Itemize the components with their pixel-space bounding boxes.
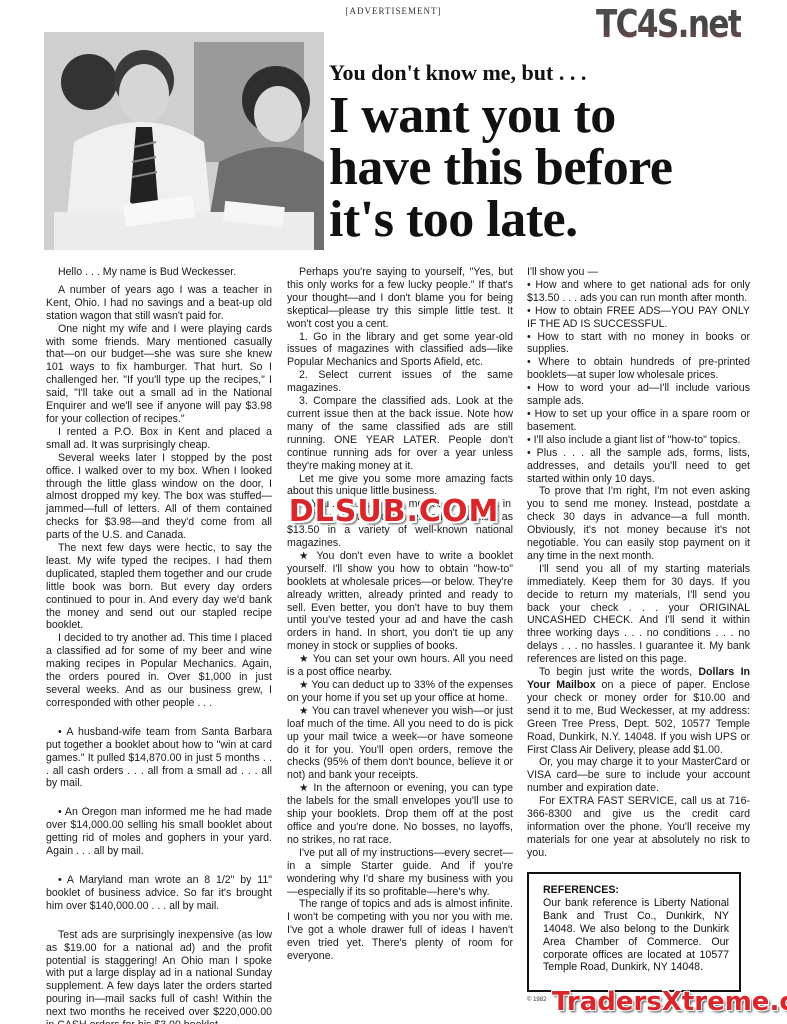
bullet-item: • Plus . . . all the sample ads, forms, … [527,447,750,486]
paragraph: I decided to try another ad. This time I… [46,632,272,709]
order-text: To begin just write the words, [539,666,698,678]
watermark-tradersxtreme: TradersXtreme.com [552,987,787,1017]
star-item: ★ You don't even have to write a booklet… [287,550,513,653]
watermark-tc4s: TC4S.net [596,2,741,46]
copyright: © 1982 [527,997,546,1003]
example-item: • An Oregon man informed me he had made … [46,806,272,858]
step-item: 3. Compare the classified ads. Look at t… [287,395,513,472]
headline: I want you to have this before it's too … [329,90,769,246]
example-item: • A husband-wife team from Santa Barbara… [46,726,272,791]
column-3: I'll show you — • How and where to get n… [527,266,750,860]
example-item: • A Maryland man wrote an 8 1/2" by 11" … [46,874,272,913]
references-text: Our bank reference is Liberty National B… [543,897,729,974]
bullet-item: • I'll also include a giant list of "how… [527,434,750,447]
bullet-item: • How and where to get national ads for … [527,279,750,305]
bullet-item: • How to start with no money in books or… [527,331,750,357]
paragraph: I rented a P.O. Box in Kent and placed a… [46,426,272,452]
paragraph: I'll send you all of my starting materia… [527,563,750,666]
order-instructions: To begin just write the words, Dollars I… [527,666,750,756]
list-intro: I'll show you — [527,266,750,279]
bullet-item: • How to word your ad—I'll include vario… [527,382,750,408]
references-title: REFERENCES: [543,884,739,897]
paragraph: A number of years ago I was a teacher in… [46,284,272,323]
column-1: Hello . . . My name is Bud Weckesser. A … [46,266,272,1024]
paragraph: Perhaps you're saying to yourself, "Yes,… [287,266,513,331]
couple-photo [44,32,324,250]
bullet-item: • Where to obtain hundreds of pre-printe… [527,356,750,382]
paragraph: For EXTRA FAST SERVICE, call us at 716-3… [527,795,750,860]
headline-line-3: it's too late. [329,194,769,246]
step-item: 1. Go in the library and get some year-o… [287,331,513,370]
bullet-item: • How to set up your office in a spare r… [527,408,750,434]
paragraph: The range of topics and ads is almost in… [287,898,513,963]
references-box: REFERENCES: Our bank reference is Libert… [527,872,741,992]
paragraph: The next few days were hectic, to say th… [46,542,272,632]
paragraph: Or, you may charge it to your MasterCard… [527,756,750,795]
star-item: ★ You can deduct up to 33% of the expens… [287,679,513,705]
column-2: Perhaps you're saying to yourself, "Yes,… [287,266,513,963]
closing-paragraph: Test ads are surprisingly inexpensive (a… [46,929,272,1024]
headline-line-1: I want you to [329,90,769,142]
photo-illustration [44,32,324,250]
paragraph: To prove that I'm right, I'm not even as… [527,485,750,562]
star-item: ★ You can travel whenever you wish—or ju… [287,705,513,782]
paragraph: I've put all of my instructions—every se… [287,847,513,899]
star-item: ★ In the afternoon or evening, you can t… [287,782,513,847]
paragraph: One night my wife and I were playing car… [46,323,272,426]
step-item: 2. Select current issues of the same mag… [287,369,513,395]
greeting: Hello . . . My name is Bud Weckesser. [46,266,272,279]
headline-line-2: have this before [329,142,769,194]
star-item: ★ You can set your own hours. All you ne… [287,653,513,679]
bullet-item: • How to obtain FREE ADS—YOU PAY ONLY IF… [527,305,750,331]
watermark-dlsub: DLSUB.COM [256,494,532,530]
paragraph: Several weeks later I stopped by the pos… [46,452,272,542]
headline-kicker: You don't know me, but . . . [329,60,586,86]
